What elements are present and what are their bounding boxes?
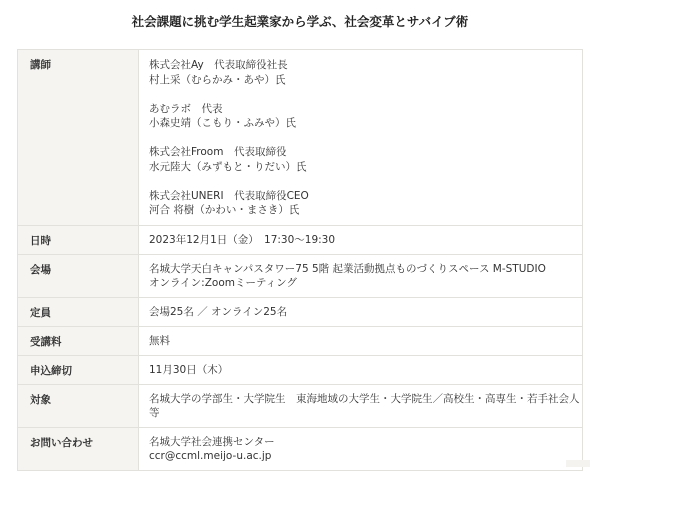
page-title: 社会課題に挑む学生起業家から学ぶ、社会変革とサバイブ術 — [0, 12, 600, 30]
speaker-name: 河合 将樹（かわい・まさき）氏 — [149, 203, 582, 218]
event-info-table: 講師 株式会社Ay 代表取締役社長 村上采（むらかみ・あや）氏 あむラボ 代表 … — [17, 49, 583, 471]
speaker-name: 水元陸大（みずもと・りだい）氏 — [149, 160, 582, 175]
venue-line: 名城大学天白キャンパスタワー75 5階 起業活動拠点ものづくりスペース M-ST… — [149, 262, 582, 277]
decorative-box — [566, 460, 590, 467]
table-row-lecturer: 講師 株式会社Ay 代表取締役社長 村上采（むらかみ・あや）氏 あむラボ 代表 … — [18, 50, 583, 226]
table-row-capacity: 定員 会場25名 ／ オンライン25名 — [18, 297, 583, 326]
venue-label: 会場 — [18, 254, 139, 297]
venue-line: オンライン:Zoomミーティング — [149, 276, 582, 291]
speaker-name: 村上采（むらかみ・あや）氏 — [149, 73, 582, 88]
table-row-venue: 会場 名城大学天白キャンパスタワー75 5階 起業活動拠点ものづくりスペース M… — [18, 254, 583, 297]
fee-value: 無料 — [139, 326, 583, 355]
table-row-fee: 受講料 無料 — [18, 326, 583, 355]
speaker-org: 株式会社Ay 代表取締役社長 — [149, 58, 582, 73]
table-row-target: 対象 名城大学の学部生・大学院生 東海地域の大学生・大学院生／高校生・高専生・若… — [18, 384, 583, 427]
capacity-label: 定員 — [18, 297, 139, 326]
capacity-value: 会場25名 ／ オンライン25名 — [139, 297, 583, 326]
datetime-label: 日時 — [18, 225, 139, 254]
speaker-name: 小森史靖（こもり・ふみや）氏 — [149, 116, 582, 131]
lecturer-label: 講師 — [18, 50, 139, 226]
speaker-org: 株式会社UNERI 代表取締役CEO — [149, 189, 582, 204]
contact-organization: 名城大学社会連携センター — [149, 435, 582, 450]
spacer — [149, 131, 582, 146]
datetime-value: 2023年12月1日（金） 17:30～19:30 — [139, 225, 583, 254]
table-row-deadline: 申込締切 11月30日（木） — [18, 355, 583, 384]
venue-value: 名城大学天白キャンパスタワー75 5階 起業活動拠点ものづくりスペース M-ST… — [139, 254, 583, 297]
contact-email[interactable]: ccr@ccml.meijo-u.ac.jp — [149, 449, 582, 464]
deadline-label: 申込締切 — [18, 355, 139, 384]
lecturer-value: 株式会社Ay 代表取締役社長 村上采（むらかみ・あや）氏 あむラボ 代表 小森史… — [139, 50, 583, 226]
speaker-org: 株式会社Froom 代表取締役 — [149, 145, 582, 160]
table-row-contact: お問い合わせ 名城大学社会連携センター ccr@ccml.meijo-u.ac.… — [18, 427, 583, 470]
contact-label: お問い合わせ — [18, 427, 139, 470]
speaker-org: あむラボ 代表 — [149, 102, 582, 117]
spacer — [149, 174, 582, 189]
fee-label: 受講料 — [18, 326, 139, 355]
table-row-datetime: 日時 2023年12月1日（金） 17:30～19:30 — [18, 225, 583, 254]
spacer — [149, 87, 582, 102]
deadline-value: 11月30日（木） — [139, 355, 583, 384]
target-value: 名城大学の学部生・大学院生 東海地域の大学生・大学院生／高校生・高専生・若手社会… — [139, 384, 583, 427]
target-label: 対象 — [18, 384, 139, 427]
contact-value: 名城大学社会連携センター ccr@ccml.meijo-u.ac.jp — [139, 427, 583, 470]
